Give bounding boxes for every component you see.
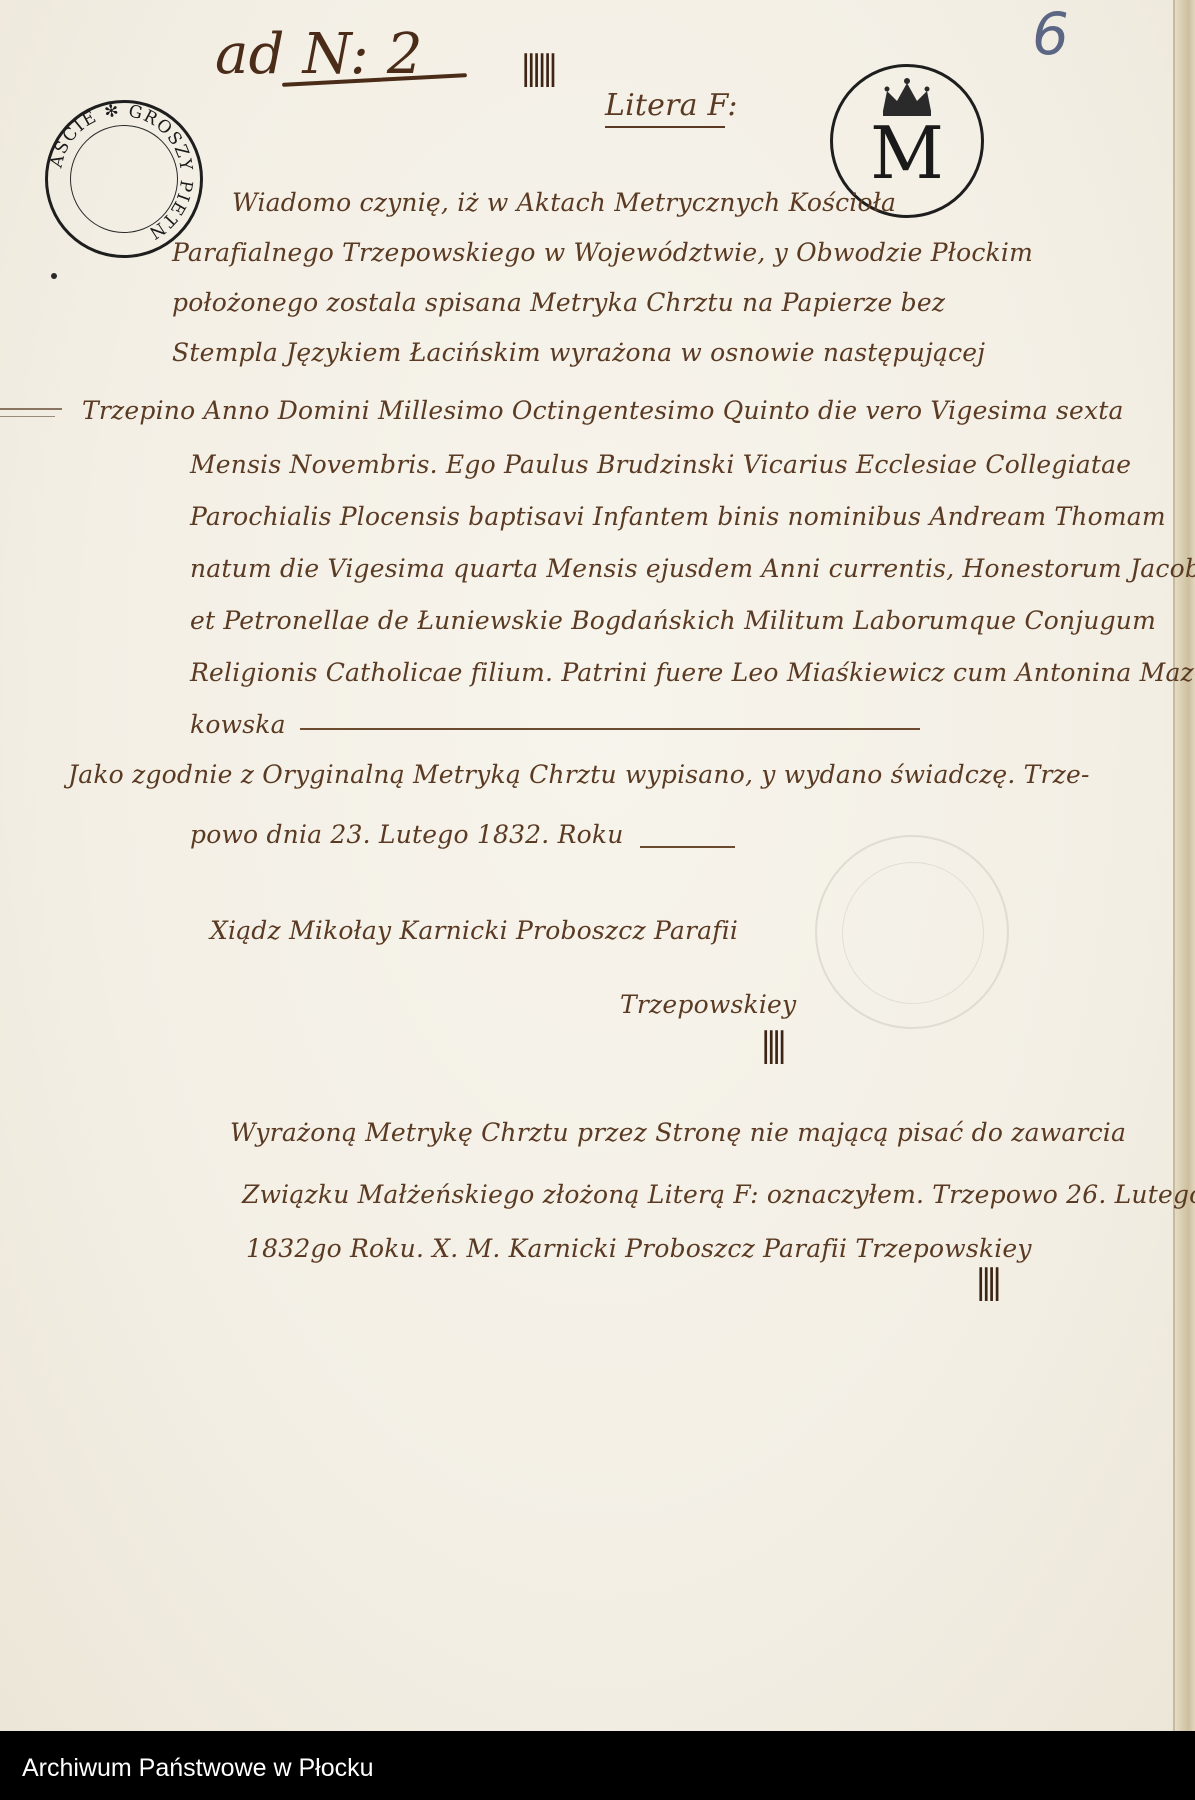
page-number: 6 xyxy=(1032,0,1069,68)
text-line: Jako zgodnie z Oryginalną Metryką Chrztu… xyxy=(68,760,1090,789)
text-line: natum die Vigesima quarta Mensis ejusdem… xyxy=(190,554,1195,583)
text-line: Stempla Językiem Łacińskim wyrażona w os… xyxy=(172,338,985,367)
embossed-seal-inner xyxy=(842,862,984,1004)
heading-underline xyxy=(605,126,725,128)
closing-flourish xyxy=(640,846,735,848)
page-binding-edge xyxy=(1173,0,1195,1731)
text-line: Parafialnego Trzepowskiego w Województwi… xyxy=(172,238,1033,267)
text-line: Związku Małżeńskiego złożoną Literą F: o… xyxy=(242,1180,1195,1209)
closing-rule xyxy=(300,728,920,730)
document-heading: Litera F: xyxy=(605,88,738,123)
archive-name: Archiwum Państwowe w Płocku xyxy=(22,1754,374,1783)
text-line: 1832go Roku. X. M. Karnicki Proboszcz Pa… xyxy=(246,1234,1032,1263)
signature-flourish-icon: |||| xyxy=(760,1025,782,1065)
text-line: położonego zostala spisana Metryka Chrzt… xyxy=(172,288,945,317)
binding-fold-line xyxy=(1173,0,1175,1731)
text-line: powo dnia 23. Lutego 1832. Roku xyxy=(190,820,624,849)
text-line: Parochialis Plocensis baptisavi Infantem… xyxy=(190,502,1166,531)
ink-dot xyxy=(51,273,57,279)
text-line: Wyrażoną Metrykę Chrztu przez Stronę nie… xyxy=(230,1118,1126,1147)
signature-flourish-icon: |||| xyxy=(975,1262,997,1302)
signature-line: Trzepowskiey xyxy=(620,990,796,1019)
text-line: Religionis Catholicae filium. Patrini fu… xyxy=(190,658,1195,687)
revenue-stamp-text-icon: ASCIE ✻ GROSZY PIETN xyxy=(45,100,197,252)
text-line: et Petronellae de Łuniewskie Bogdańskich… xyxy=(190,606,1156,635)
svg-text:ASCIE ✻ GROSZY PIETN: ASCIE ✻ GROSZY PIETN xyxy=(46,101,196,244)
document-scan: ad N: 2 |||||| Litera F: 6 ASCIE ✻ GROSZ… xyxy=(0,0,1195,1731)
text-line: Wiadomo czynię, iż w Aktach Metrycznych … xyxy=(232,188,896,217)
stamp-letter: M xyxy=(833,117,981,189)
margin-mark xyxy=(0,408,62,410)
margin-mark xyxy=(0,416,55,417)
embossed-seal xyxy=(815,835,1009,1029)
text-line: Trzepino Anno Domini Millesimo Octingent… xyxy=(82,396,1124,425)
text-line: kowska xyxy=(190,710,286,739)
signature-line: Xiądz Mikołay Karnicki Proboszcz Parafii xyxy=(210,916,738,945)
tally-mark-icon: |||||| xyxy=(520,48,553,88)
revenue-stamp: ASCIE ✻ GROSZY PIETN xyxy=(45,100,203,258)
text-line: Mensis Novembris. Ego Paulus Brudzinski … xyxy=(190,450,1131,479)
